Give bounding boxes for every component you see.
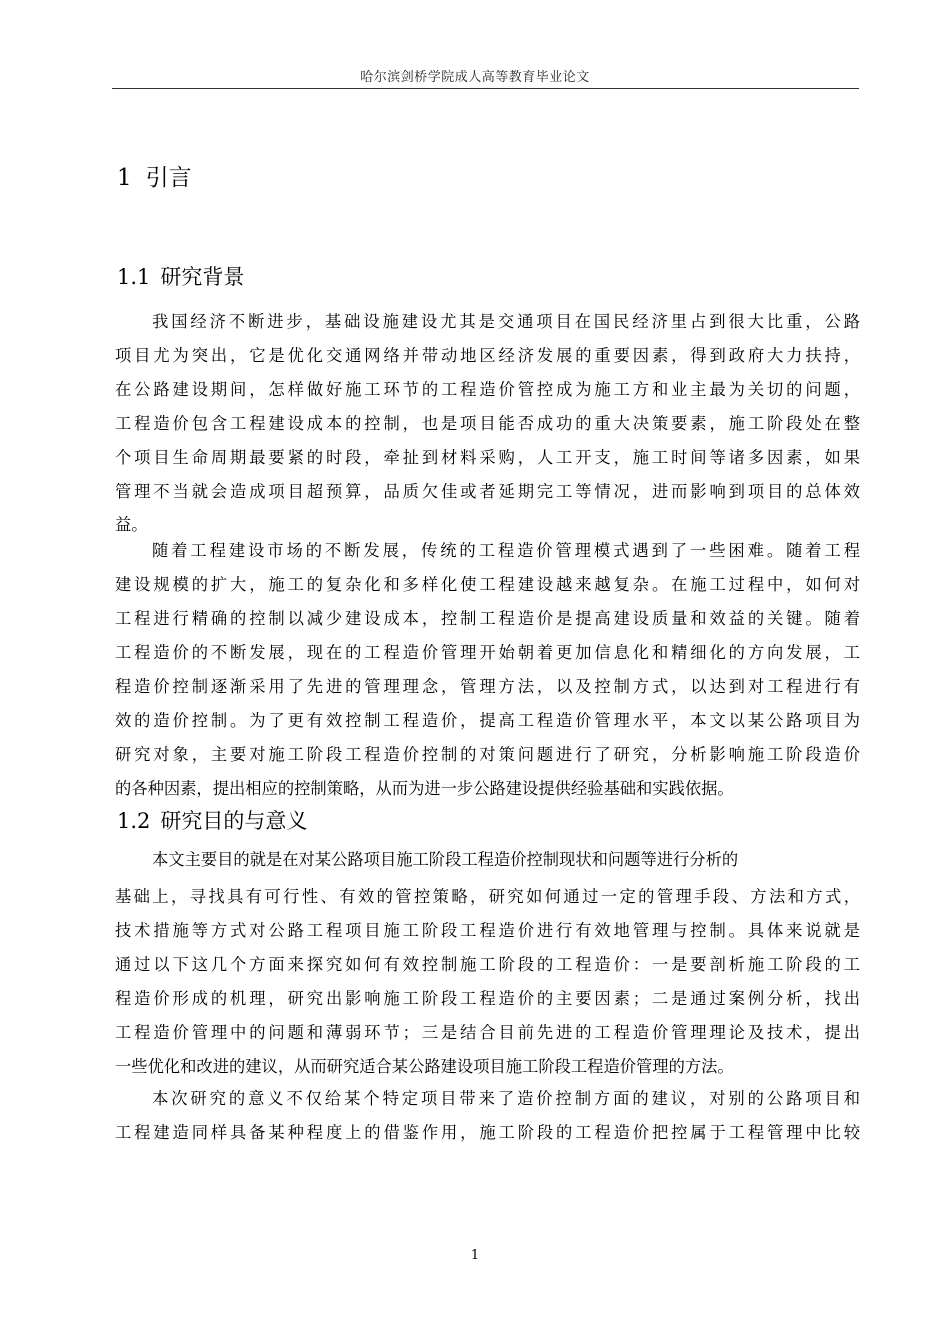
- text-line: 一些优化和改进的建议，从而研究适合某公路建设项目施工阶段工程造价管理的方法。: [115, 1057, 860, 1077]
- text-line: 随着工程建设市场的不断发展，传统的工程造价管理模式遇到了一些困难。随着工程: [152, 541, 860, 561]
- section-title: 研究背景: [160, 265, 244, 289]
- text-line: 益。: [115, 515, 860, 535]
- section-number: 1.1: [117, 265, 150, 289]
- text-line: 技术措施等方式对公路工程项目施工阶段工程造价进行有效地管理与控制。具体来说就是: [115, 921, 860, 941]
- text-line: 工程进行精确的控制以减少建设成本，控制工程造价是提高建设质量和效益的关键。随着: [115, 609, 860, 629]
- chapter-title: 引言: [146, 165, 192, 191]
- text-line: 程造价控制逐渐采用了先进的管理理念，管理方法，以及控制方式，以达到对工程进行有: [115, 677, 860, 697]
- text-line: 工程造价包含工程建设成本的控制，也是项目能否成功的重大决策要素，施工阶段处在整: [115, 414, 860, 434]
- chapter-number: 1: [117, 165, 132, 191]
- chapter-heading: 1引言: [117, 163, 192, 193]
- text-line: 通过以下这几个方面来探究如何有效控制施工阶段的工程造价：一是要剖析施工阶段的工: [115, 955, 860, 975]
- text-line: 项目尤为突出，它是优化交通网络并带动地区经济发展的重要因素，得到政府大力扶持，: [115, 346, 860, 366]
- text-line: 的各种因素，提出相应的控制策略，从而为进一步公路建设提供经验基础和实践依据。: [115, 779, 860, 799]
- text-line: 工程造价的不断发展，现在的工程造价管理开始朝着更加信息化和精细化的方向发展，工: [115, 643, 860, 663]
- text-line: 在公路建设期间，怎样做好施工环节的工程造价管控成为施工方和业主最为关切的问题，: [115, 380, 860, 400]
- text-line: 建设规模的扩大，施工的复杂化和多样化使工程建设越来越复杂。在施工过程中，如何对: [115, 575, 860, 595]
- text-line: 我国经济不断进步，基础设施建设尤其是交通项目在国民经济里占到很大比重，公路: [152, 312, 860, 332]
- header-rule: [112, 88, 859, 89]
- text-line: 本次研究的意义不仅给某个特定项目带来了造价控制方面的建议，对别的公路项目和: [152, 1089, 860, 1109]
- text-line: 本文主要目的就是在对某公路项目施工阶段工程造价控制现状和问题等进行分析的: [152, 850, 860, 870]
- page-number: 1: [0, 1248, 950, 1263]
- text-line: 管理不当就会造成项目超预算，品质欠佳或者延期完工等情况，进而影响到项目的总体效: [115, 482, 860, 502]
- text-line: 基础上，寻找具有可行性、有效的管控策略，研究如何通过一定的管理手段、方法和方式，: [115, 887, 860, 907]
- section-number: 1.2: [117, 809, 150, 833]
- text-line: 工程造价管理中的问题和薄弱环节；三是结合目前先进的工程造价管理理论及技术，提出: [115, 1023, 860, 1043]
- section-heading-1-1: 1.1研究背景: [117, 263, 244, 291]
- document-page: 哈尔滨剑桥学院成人高等教育毕业论文 1引言 1.1研究背景 我国经济不断进步，基…: [0, 0, 950, 1344]
- text-line: 程造价形成的机理，研究出影响施工阶段工程造价的主要因素；二是通过案例分析，找出: [115, 989, 860, 1009]
- running-header: 哈尔滨剑桥学院成人高等教育毕业论文: [0, 66, 950, 85]
- text-line: 工程建造同样具备某种程度上的借鉴作用，施工阶段的工程造价把控属于工程管理中比较: [115, 1123, 860, 1143]
- text-line: 个项目生命周期最要紧的时段，牵扯到材料采购，人工开支，施工时间等诸多因素，如果: [115, 448, 860, 468]
- text-line: 研究对象，主要对施工阶段工程造价控制的对策问题进行了研究，分析影响施工阶段造价: [115, 745, 860, 765]
- section-title: 研究目的与意义: [160, 809, 307, 833]
- text-line: 效的造价控制。为了更有效控制工程造价，提高工程造价管理水平，本文以某公路项目为: [115, 711, 860, 731]
- section-heading-1-2: 1.2研究目的与意义: [117, 807, 307, 835]
